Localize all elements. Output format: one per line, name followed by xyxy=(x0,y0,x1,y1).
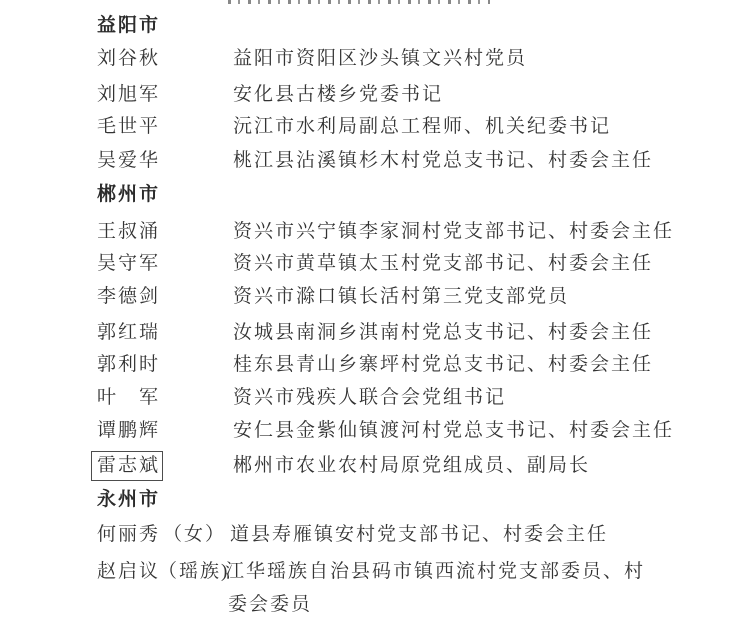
person-position: 汝城县南洞乡淇南村党总支书记、村委会主任 xyxy=(233,322,653,343)
person-position: 安仁县金紫仙镇渡河村党总支书记、村委会主任 xyxy=(233,420,674,441)
person-position: 资兴市兴宁镇李家洞村党支部书记、村委会主任 xyxy=(233,221,674,242)
person-name: 吴守军 xyxy=(97,253,160,274)
person-name-boxed: 雷志斌 xyxy=(91,451,163,481)
clipped-text-fragment xyxy=(228,0,490,4)
person-position-continued: 委会委员 xyxy=(228,594,312,615)
person-position: 桂东县青山乡寨坪村党总支书记、村委会主任 xyxy=(233,354,653,375)
person-name: 谭鹏辉 xyxy=(97,420,160,441)
person-name: 赵启议 xyxy=(97,561,160,582)
person-name: 刘谷秋 xyxy=(97,48,160,69)
person-position: 江华瑶族自治县码市镇西流村党支部委员、村 xyxy=(225,561,645,582)
person-position: 益阳市资阳区沙头镇文兴村党员 xyxy=(233,48,527,69)
person-annotation: （瑶族) xyxy=(158,561,229,582)
person-position: 安化县古楼乡党委书记 xyxy=(233,84,443,105)
person-position: 沅江市水利局副总工程师、机关纪委书记 xyxy=(233,116,611,137)
person-position: 资兴市滁口镇长活村第三党支部党员 xyxy=(233,286,569,307)
city-header: 郴州市 xyxy=(97,184,160,205)
person-name: 毛世平 xyxy=(97,116,160,137)
person-position: 桃江县沾溪镇杉木村党总支书记、村委会主任 xyxy=(233,150,653,171)
person-position: 资兴市黄草镇太玉村党支部书记、村委会主任 xyxy=(233,253,653,274)
person-name: 刘旭军 xyxy=(97,84,160,105)
person-position: 资兴市残疾人联合会党组书记 xyxy=(233,387,506,408)
person-name: 吴爱华 xyxy=(97,150,160,171)
city-header: 永州市 xyxy=(97,489,160,510)
person-name: 李德剑 xyxy=(97,286,160,307)
person-position: 郴州市农业农村局原党组成员、副局长 xyxy=(233,455,590,476)
document-page: 益阳市刘谷秋益阳市资阳区沙头镇文兴村党员刘旭军安化县古楼乡党委书记毛世平沅江市水… xyxy=(0,0,731,623)
person-name: 王叔涌 xyxy=(97,221,160,242)
person-name: 叶 军 xyxy=(97,387,160,408)
person-annotation: （女） xyxy=(163,524,226,545)
city-header: 益阳市 xyxy=(97,15,160,36)
person-name: 何丽秀 xyxy=(97,524,160,545)
person-name: 郭利时 xyxy=(97,354,160,375)
person-position: 道县寿雁镇安村党支部书记、村委会主任 xyxy=(230,524,608,545)
person-name: 郭红瑞 xyxy=(97,322,160,343)
